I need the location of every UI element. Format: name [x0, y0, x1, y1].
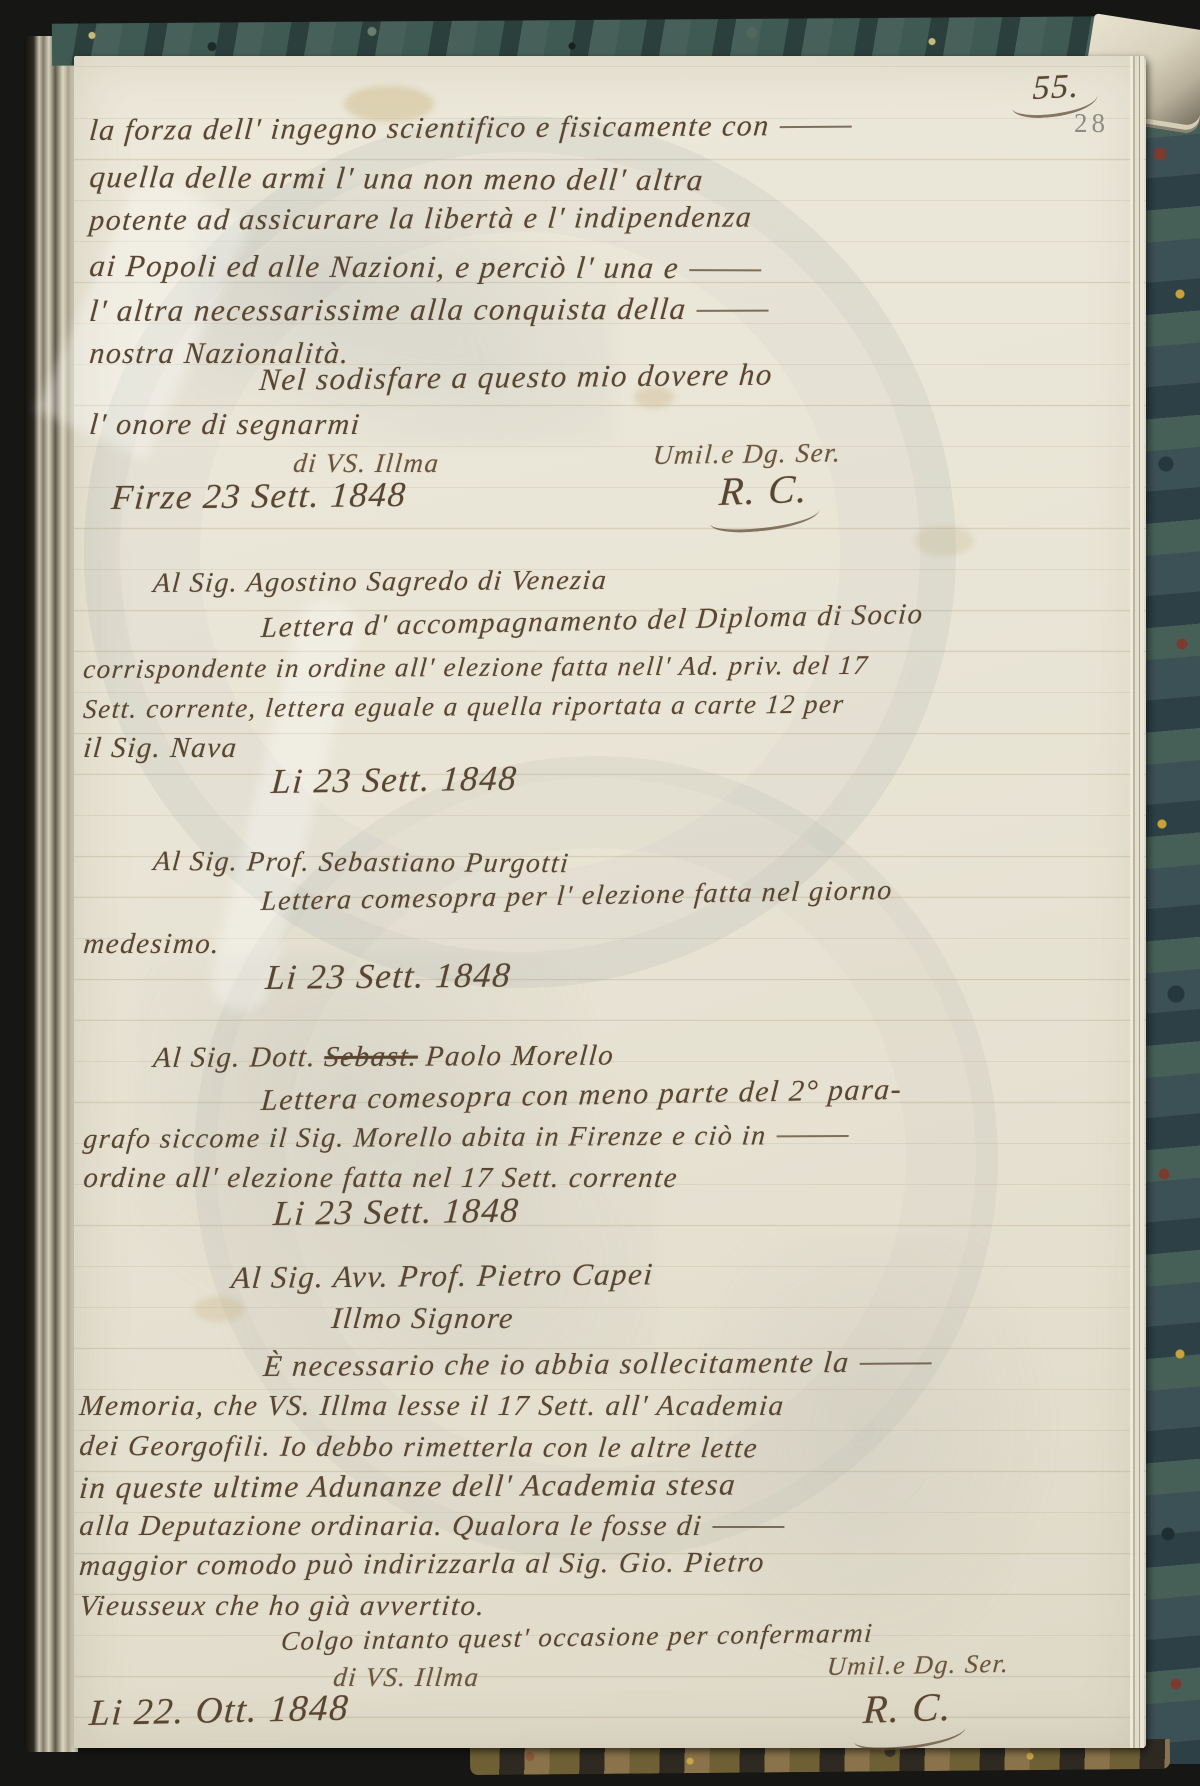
- page-edges-right: [1130, 56, 1144, 1748]
- manuscript-line: la forza dell' ingegno scientifico e fis…: [88, 109, 853, 148]
- marbled-board-right-edge: [1144, 34, 1200, 1764]
- manuscript-line: Sett. corrente, lettera eguale a quella …: [82, 689, 846, 725]
- letter-salutation-heading: Illmo Signore: [330, 1302, 516, 1336]
- manuscript-line: medesimo.: [82, 928, 222, 961]
- salutation-left: di VS. Illma: [332, 1662, 481, 1693]
- manuscript-line: dei Georgofili. Io debbo rimetterla con …: [78, 1430, 760, 1465]
- manuscript-line: Nel sodisfare a questo mio dovere ho: [258, 357, 774, 398]
- entry-heading-suffix: Paolo Morello: [425, 1040, 616, 1073]
- dateline: Li 23 Sett. 1848: [270, 759, 519, 802]
- manuscript-line: grafo siccome il Sig. Morello abita in F…: [82, 1120, 850, 1156]
- manuscript-line: È necessario che io abbia sollecitamente…: [262, 1345, 933, 1384]
- manuscript-line: alla Deputazione ordinaria. Qualora le f…: [78, 1510, 786, 1543]
- entry-heading: Al Sig. Agostino Sagredo di Venezia: [152, 565, 609, 600]
- manuscript-line: quella delle armi l' una non meno dell' …: [88, 159, 706, 198]
- manuscript-line: Vieusseux che ho già avvertito.: [78, 1590, 487, 1623]
- dateline: Li 23 Sett. 1848: [272, 1191, 521, 1234]
- manuscript-line: Memoria, che VS. Illma lesse il 17 Sett.…: [78, 1390, 786, 1423]
- dateline: Li 23 Sett. 1848: [264, 955, 513, 998]
- dateline: Li 22. Ott. 1848: [88, 1687, 351, 1735]
- salutation-right: Umil.e Dg. Ser.: [652, 437, 843, 471]
- manuscript-line: il Sig. Nava: [82, 732, 239, 765]
- manuscript-line: in queste ultime Adunanze dell' Academia…: [78, 1467, 738, 1506]
- manuscript-line: ai Popoli ed alle Nazioni, e perciò l' u…: [88, 248, 763, 286]
- entry-heading: Al Sig. Avv. Prof. Pietro Capei: [230, 1256, 655, 1296]
- entry-heading-prefix: Al Sig. Dott.: [152, 1041, 318, 1074]
- manuscript-line: ordine all' elezione fatta nel 17 Sett. …: [82, 1162, 680, 1195]
- book-binding-left-edge: [24, 36, 78, 1752]
- salutation-right: Umil.e Dg. Ser.: [826, 1649, 1010, 1682]
- manuscript-line: corrispondente in ordine all' elezione f…: [82, 650, 870, 685]
- manuscript-line: maggior comodo può indirizzarla al Sig. …: [78, 1546, 766, 1583]
- manuscript-line: l' onore di segnarmi: [88, 408, 362, 442]
- manuscript-line: l' altra necessarissime alla conquista d…: [88, 291, 770, 329]
- entry-heading: Al Sig. Prof. Sebastiano Purgotti: [152, 846, 571, 880]
- folio-number-printed: 28: [1074, 108, 1109, 139]
- manuscript-scan: 55. 28 la forza dell' ingegno scientific…: [0, 0, 1200, 1786]
- dateline: Firze 23 Sett. 1848: [110, 475, 408, 518]
- manuscript-line: potente ad assicurare la libertà e l' in…: [88, 201, 754, 238]
- manuscript-page: 55. 28 la forza dell' ingegno scientific…: [74, 56, 1146, 1748]
- entry-heading: Al Sig. Dott.Sebast.Paolo Morello: [152, 1040, 616, 1075]
- entry-heading-struck-word: Sebast.: [323, 1041, 419, 1073]
